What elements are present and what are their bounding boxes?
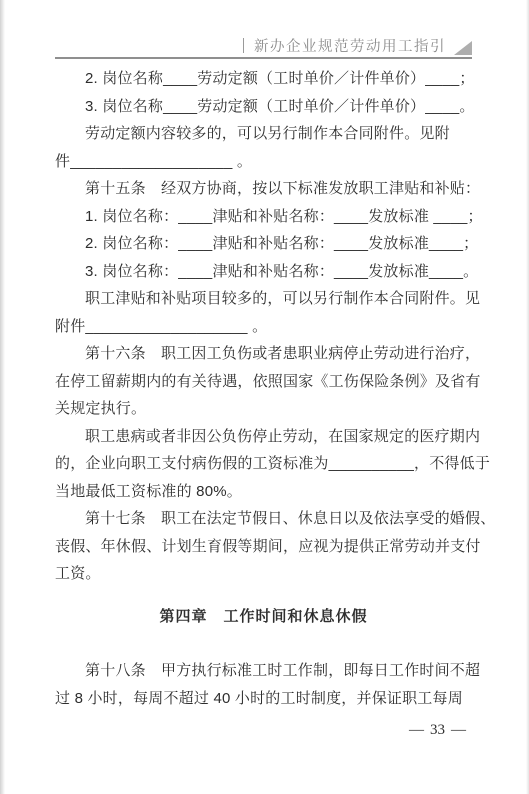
page-left-edge-shadow [0, 0, 5, 794]
text-line: 1. 岗位名称：____津贴和补贴名称：____发放标准 ____； [55, 203, 472, 231]
chapter-heading: 第四章 工作时间和休息休假 [55, 603, 472, 631]
text-line: 过 8 小时，每周不超过 40 小时的工时制度，并保证职工每周 [55, 685, 472, 713]
text-line: 3. 岗位名称____劳动定额（工时单价／计件单价）____。 [55, 93, 472, 121]
document-page: 新办企业规范劳动用工指引 2. 岗位名称____劳动定额（工时单价／计件单价）_… [0, 0, 529, 794]
corner-triangle-icon [454, 41, 472, 55]
text-line: 2. 岗位名称____劳动定额（工时单价／计件单价）____； [55, 65, 472, 93]
text-line: 3. 岗位名称：____津贴和补贴名称：____发放标准____。 [55, 258, 472, 286]
text-line: 职工患病或者非因公负伤停止劳动，在国家规定的医疗期内 [55, 423, 472, 451]
header-row: 新办企业规范劳动用工指引 [55, 35, 472, 55]
header-divider [243, 38, 244, 53]
text-line: 劳动定额内容较多的，可以另行制作本合同附件。见附 [55, 120, 472, 148]
document-body: 2. 岗位名称____劳动定额（工时单价／计件单价）____； 3. 岗位名称_… [55, 65, 472, 712]
header-title: 新办企业规范劳动用工指引 [254, 35, 446, 56]
text-line: 在停工留薪期内的有关待遇，依照国家《工伤保险条例》及省有 [55, 368, 472, 396]
text-line: 丧假、年休假、计划生育假等期间，应视为提供正常劳动并支付 [55, 533, 472, 561]
text-line: 附件___________________ 。 [55, 313, 472, 341]
text-line: 当地最低工资标准的 80%。 [55, 478, 472, 506]
text-line: 第十八条 甲方执行标准工时工作制，即每日工作时间不超 [55, 657, 472, 685]
footer-dash-left: — [403, 722, 430, 738]
text-line: 第十六条 职工因工负伤或者患职业病停止劳动进行治疗， [55, 340, 472, 368]
header-rule [55, 57, 472, 59]
page-number: 33 [430, 722, 445, 738]
page-footer: —33— [403, 722, 472, 739]
text-line: 工资。 [55, 560, 472, 588]
page-header: 新办企业规范劳动用工指引 [55, 35, 472, 59]
footer-dash-right: — [445, 722, 472, 738]
text-line: 2. 岗位名称：____津贴和补贴名称：____发放标准____； [55, 230, 472, 258]
text-line: 职工津贴和补贴项目较多的，可以另行制作本合同附件。见 [55, 285, 472, 313]
text-line: 关规定执行。 [55, 395, 472, 423]
text-line: 件___________________ 。 [55, 148, 472, 176]
text-line: 第十七条 职工在法定节假日、休息日以及依法享受的婚假、 [55, 505, 472, 533]
text-line: 的，企业向职工支付病伤假的工资标准为__________，不得低于 [55, 450, 472, 478]
text-line: 第十五条 经双方协商，按以下标准发放职工津贴和补贴： [55, 175, 472, 203]
